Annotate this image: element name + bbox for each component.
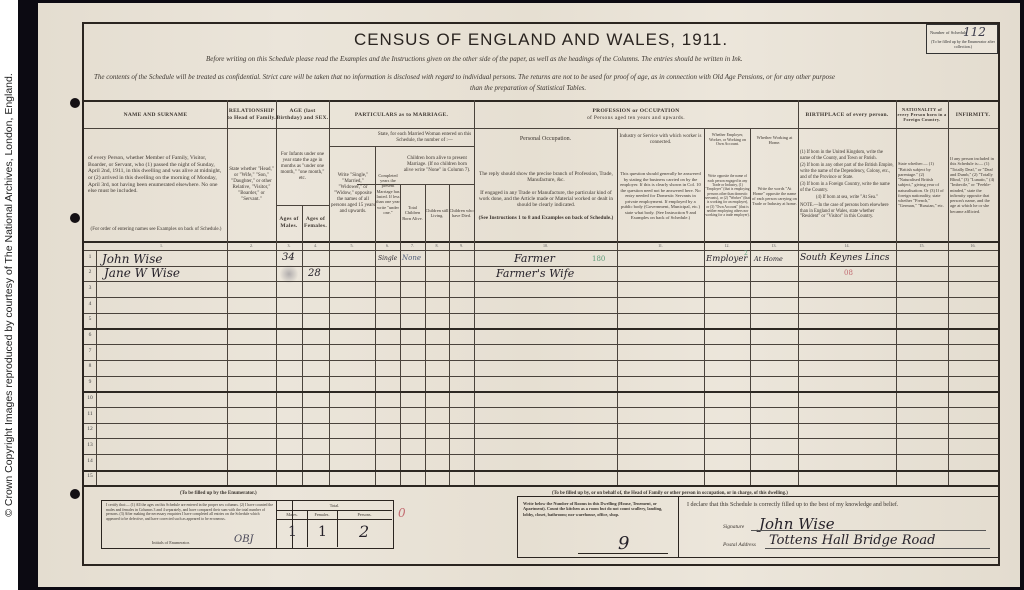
totals-males: 1 <box>288 524 297 540</box>
col-header-birthplace: BIRTHPLACE of every person. <box>798 102 896 128</box>
instruction-line-2: The contents of the Schedule will be tre… <box>94 73 835 81</box>
row-number: 10 <box>84 395 96 401</box>
row1-employer-code: 2 <box>744 250 748 257</box>
row-number: 11 <box>84 411 96 417</box>
row1-birthplace: South Keynes Lincs <box>800 253 889 263</box>
row-number: 5 <box>84 316 96 322</box>
col-header-occupation: PROFESSION or OCCUPATION of Persons aged… <box>474 101 798 128</box>
row1-at-home: At Home <box>754 255 783 263</box>
signature-label: Signature <box>723 524 744 531</box>
col-header-nationality: NATIONALITY of every Person born in a Fo… <box>896 101 948 128</box>
enumerator-certify-text: I certify that:— (1) All the ages on thi… <box>106 503 274 522</box>
col-desc-years-married: Completed years the present Marriage has… <box>376 148 400 240</box>
col-header-personal-occupation: Personal Occupation. <box>474 130 617 150</box>
row-number: 1 <box>84 254 96 260</box>
col-desc-personal-occupation: The reply should show the precise branch… <box>478 152 614 240</box>
totals-label: Total. <box>277 503 392 508</box>
red-mark: 0 <box>398 506 406 520</box>
row-number: 15 <box>84 473 96 479</box>
row1-name: John Wise <box>102 252 163 266</box>
col-desc-infirmity: If any person included in this Schedule … <box>950 130 996 240</box>
row-number: 9 <box>84 379 96 385</box>
row1-occupation: Farmer <box>514 252 555 265</box>
occupation-subtitle: of Persons aged ten years and upwards. <box>587 115 685 122</box>
enumerator-initials: OBJ <box>234 534 254 545</box>
col-header-age-males: Ages of Males. <box>276 206 302 240</box>
col-header-age: AGE (last Birthday) and SEX. <box>276 102 329 128</box>
punch-hole-icon <box>70 98 80 108</box>
instruction-line-1: Before writing on this Schedule please r… <box>206 55 743 63</box>
col-desc-children-born: Children born alive to present Marriage.… <box>402 148 472 182</box>
col-desc-age: For Infants under one year state the age… <box>278 130 327 204</box>
enumerator-heading: (To be filled up by the Enumerator.) <box>180 491 257 497</box>
row-number: 14 <box>84 458 96 464</box>
col-header-home: Whether Working at Home. <box>751 130 798 150</box>
totals-males-label: Males. <box>277 512 307 517</box>
schedule-number-value: 112 <box>963 25 986 39</box>
instruction-line-3: than the preparation of Statistical Tabl… <box>470 84 586 92</box>
col-header-employer: Whether Employer, Worker, or Working on … <box>705 130 750 150</box>
col-note-name: (For order of entering names see Example… <box>88 220 224 240</box>
col-header-name: NAME AND SURNAME <box>84 102 227 128</box>
col-desc-employer: Write opposite the name of each person e… <box>705 152 750 240</box>
row1-age-male: 34 <box>282 252 295 263</box>
punch-hole-icon <box>70 213 80 223</box>
col-header-children-total: Total Children Born Alive. <box>400 186 425 240</box>
row2-name: Jane W Wise <box>104 266 180 280</box>
totals-females-label: Females. <box>307 512 337 517</box>
rooms-description: Write below the Number of Rooms in this … <box>523 501 673 517</box>
punch-hole-icon <box>70 489 80 499</box>
schedule-number-label: Number of Schedule <box>930 30 967 35</box>
occupation-title: PROFESSION or OCCUPATION <box>593 108 680 115</box>
col-desc-birthplace: (1) If born in the United Kingdom, write… <box>800 130 894 240</box>
col-desc-married-women: State, for each Married Woman entered on… <box>377 130 472 146</box>
census-table: NAME AND SURNAME of every Person, whethe… <box>84 100 998 486</box>
row-number: 2 <box>84 269 96 275</box>
col-header-infirmity: INFIRMITY. <box>948 102 998 128</box>
col-desc-condition: Write "Single," "Married," "Widower," or… <box>331 148 375 240</box>
rooms-box: Write below the Number of Rooms in this … <box>517 496 679 558</box>
col-header-marriage: PARTICULARS as to MARRIAGE. <box>329 102 474 128</box>
row1-employer: Employer <box>706 254 747 264</box>
address-label: Postal Address <box>723 542 756 549</box>
row2-occupation: Farmer's Wife <box>496 267 574 280</box>
row2-age-female: 28 <box>308 268 321 279</box>
declaration-text: I declare that this Schedule is correctl… <box>687 502 898 510</box>
row-number: 8 <box>84 363 96 369</box>
enumerator-initials-label: Initials of Enumerator. <box>152 540 190 545</box>
row-number: 6 <box>84 332 96 338</box>
col-header-children-died: Children who have Died. <box>449 186 474 240</box>
ink-smudge <box>280 264 298 284</box>
row2-birth-code: 08 <box>844 269 853 277</box>
enumerator-certify-box: I certify that:— (1) All the ages on thi… <box>101 500 293 549</box>
col-header-industry: Industry or Service with which worker is… <box>619 130 702 150</box>
enumerator-totals-box: Total. Males. Females. Persons. 1 1 2 <box>276 500 394 549</box>
totals-persons: 2 <box>359 522 369 541</box>
postal-address: Tottens Hall Bridge Road <box>769 533 935 548</box>
col-desc-home: Write the words "At Home" opposite the n… <box>752 152 797 240</box>
declaration-box: I declare that this Schedule is correctl… <box>679 496 999 558</box>
copyright-strip: © Crown Copyright Images reproduced by c… <box>0 0 18 590</box>
row-number: 13 <box>84 442 96 448</box>
row-number: 12 <box>84 426 96 432</box>
schedule-number-note: (To be filled up by the Enumerator after… <box>929 39 997 49</box>
row1-condition: Single <box>378 255 397 262</box>
row1-occupation-code: 180 <box>592 255 605 263</box>
row-number: 4 <box>84 301 96 307</box>
row1-children-total: None <box>402 254 421 262</box>
row-number: 7 <box>84 348 96 354</box>
col-header-relationship: RELATIONSHIP to Head of Family. <box>227 102 276 128</box>
row-number: 3 <box>84 285 96 291</box>
col-desc-industry: This question should generally be answer… <box>619 152 702 240</box>
col-desc-relationship: State whether "Head," or "Wife," "Son," … <box>229 130 274 240</box>
page-title: CENSUS OF ENGLAND AND WALES, 1911. <box>82 30 1000 50</box>
copyright-text: © Crown Copyright Images reproduced by c… <box>3 73 15 517</box>
col-desc-name: of every Person, whether Member of Famil… <box>88 130 224 220</box>
totals-females: 1 <box>318 524 327 540</box>
schedule-number-box: Number of Schedule 112 (To be filled up … <box>926 24 998 54</box>
col-header-age-females: Ages of Females. <box>302 206 329 240</box>
col-desc-nationality: State whether:— (1) "British subject by … <box>898 130 946 240</box>
rooms-count: 9 <box>618 533 629 554</box>
totals-persons-label: Persons. <box>337 512 392 517</box>
col-header-children-living: Children still Living. <box>425 186 449 240</box>
